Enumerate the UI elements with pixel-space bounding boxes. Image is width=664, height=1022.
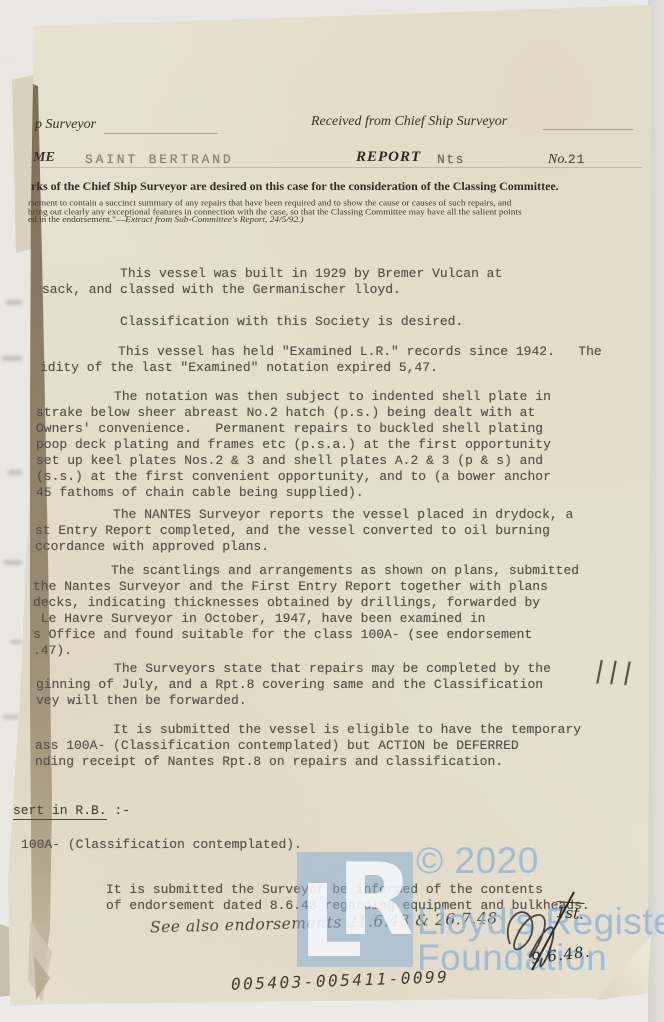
fine-print: rsement to contain a succinct summary of…	[28, 200, 522, 224]
body-paragraph: The notation was then subject to indente…	[36, 389, 551, 501]
handwritten-initials-mark: 1st.	[555, 901, 584, 923]
body-paragraph: The Surveyors state that repairs may be …	[36, 661, 551, 709]
body-paragraph: Classification with this Society is desi…	[42, 314, 463, 330]
surveyor-field-label: p Surveyor	[35, 117, 96, 133]
fine-print-line3: ed in the endorsement."—Extract from Sub…	[28, 216, 522, 224]
received-from-label: Received from Chief Ship Surveyor	[311, 114, 507, 130]
margin-tally-mark: |||	[589, 657, 636, 688]
name-field-label: ME	[33, 150, 55, 166]
lr-logo-letters: L R	[297, 852, 413, 967]
watermark-copyright: © 2020	[416, 840, 539, 882]
insert-heading: sert in R.B. :-	[13, 803, 130, 818]
body-paragraph: The NANTES Surveyor reports the vessel p…	[35, 507, 573, 555]
report-number: 21	[568, 152, 586, 167]
remarks-instruction-line: rks of the Chief Ship Surveyor are desir…	[31, 179, 559, 194]
report-number-field: No.21	[548, 150, 585, 168]
body-paragraph: This vessel has held "Examined L.R." rec…	[40, 344, 602, 376]
ship-name: SAINT BERTRAND	[85, 152, 233, 167]
body-paragraph: It is submitted the vessel is eligible t…	[35, 722, 581, 770]
number-prefix: No.	[548, 152, 568, 167]
body-paragraph: The scantlings and arrangements as shown…	[33, 563, 579, 659]
document-scan: p Surveyor Received from Chief Ship Surv…	[0, 0, 664, 1022]
signature-scribble	[482, 886, 602, 986]
report-note: Nts	[437, 152, 465, 167]
body-paragraph: This vessel was built in 1929 by Bremer …	[42, 266, 502, 298]
class-notation-line: 100A- (Classification contemplated).	[21, 837, 302, 852]
logo-letter-r: R	[337, 852, 413, 958]
lr-logo-watermark: L R	[297, 852, 413, 967]
report-label: REPORT	[356, 149, 421, 166]
